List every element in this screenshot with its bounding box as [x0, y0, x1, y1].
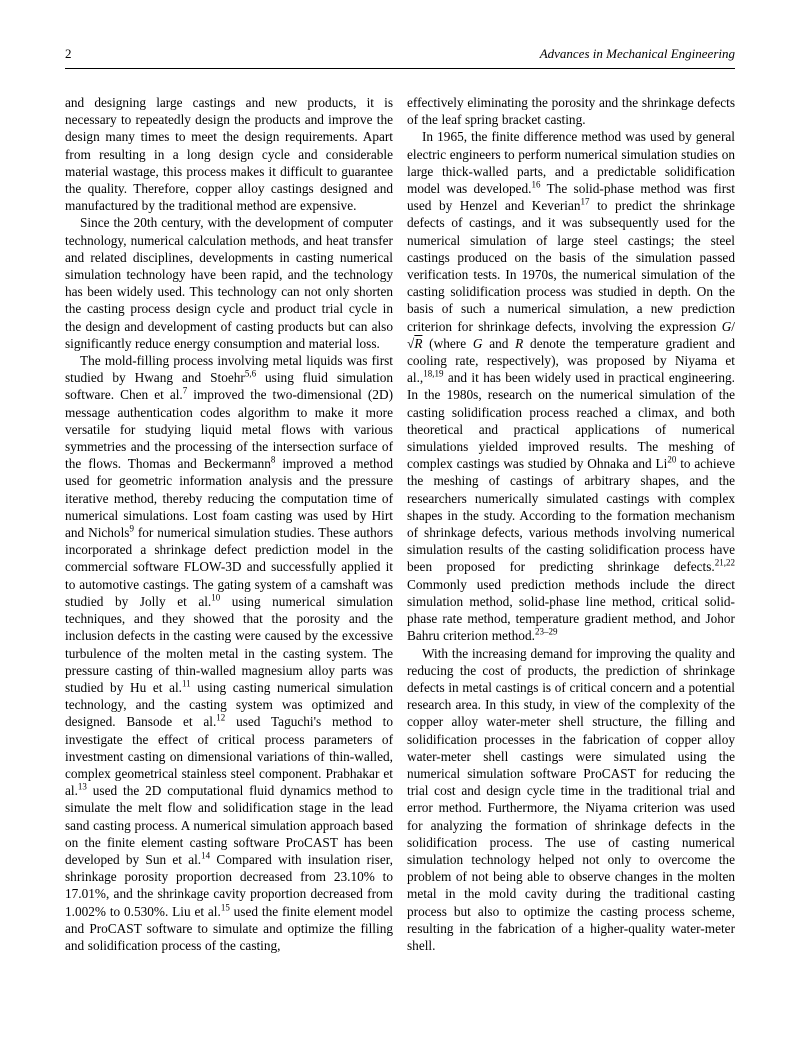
citation-superscript: 21,22: [715, 558, 735, 568]
text-run: Commonly used prediction methods include…: [407, 577, 735, 644]
citation-superscript: 11: [182, 678, 191, 688]
page-number: 2: [65, 46, 72, 62]
text-run: to achieve the meshing of castings of ar…: [407, 456, 735, 574]
text-run: and designing large castings and new pro…: [65, 95, 393, 213]
page-header: 2 Advances in Mechanical Engineering: [65, 46, 735, 69]
journal-title: Advances in Mechanical Engineering: [540, 46, 735, 62]
text-run: /: [731, 319, 735, 334]
left-column: and designing large castings and new pro…: [65, 94, 393, 954]
citation-superscript: 23–29: [535, 627, 558, 637]
paragraph: and designing large castings and new pro…: [65, 94, 393, 214]
citation-superscript: 20: [667, 455, 676, 465]
citation-superscript: 15: [221, 902, 230, 912]
citation-superscript: 13: [78, 782, 87, 792]
document-page: 2 Advances in Mechanical Engineering and…: [0, 0, 794, 1059]
paragraph: The mold-filling process involving metal…: [65, 352, 393, 954]
citation-superscript: 17: [581, 197, 590, 207]
paragraph: In 1965, the finite difference method wa…: [407, 128, 735, 644]
citation-superscript: 18,19: [423, 369, 443, 379]
text-run: With the increasing demand for improving…: [407, 646, 735, 953]
text-run: to predict the shrinkage defects of cast…: [407, 198, 735, 333]
text-run: effectively eliminating the porosity and…: [407, 95, 735, 127]
citation-superscript: 14: [201, 851, 210, 861]
paragraph: Since the 20th century, with the develop…: [65, 214, 393, 352]
math-symbol: G: [722, 319, 732, 334]
text-run: Since the 20th century, with the develop…: [65, 215, 393, 350]
citation-superscript: 5,6: [245, 369, 256, 379]
paragraph: With the increasing demand for improving…: [407, 645, 735, 955]
citation-superscript: 10: [211, 592, 220, 602]
text-run: and: [482, 336, 515, 351]
citation-superscript: 12: [216, 713, 225, 723]
citation-superscript: 16: [532, 180, 541, 190]
text-run: (where: [422, 336, 472, 351]
article-body: and designing large castings and new pro…: [65, 94, 735, 954]
paragraph: effectively eliminating the porosity and…: [407, 94, 735, 128]
right-column: effectively eliminating the porosity and…: [407, 94, 735, 954]
